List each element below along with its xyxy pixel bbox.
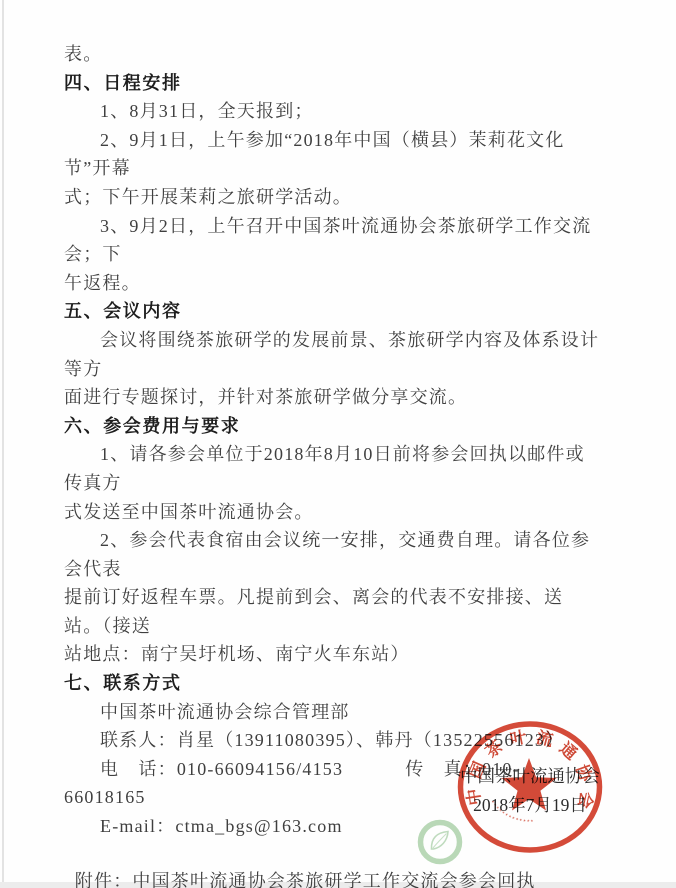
meeting-content-paragraph: 会议将围绕茶旅研学的发展前景、茶旅研学内容及体系设计等方 面进行专题探讨，并针对… [64, 326, 600, 412]
schedule-item-2: 2、9月1日，上午参加“2018年中国（横县）茉莉花文化节”开幕 式；下午开展茉… [64, 126, 600, 212]
attachment-line: 附件：中国茶叶流通协会茶旅研学工作交流会参会回执 [64, 867, 600, 888]
signature-org: 中国茶叶流通协会 [450, 762, 610, 791]
section-heading-fees: 六、参会费用与要求 [64, 412, 600, 441]
email-label: E-mail： [100, 816, 175, 836]
section-heading-content: 五、会议内容 [64, 297, 600, 326]
continuation-line: 表。 [64, 40, 600, 69]
contact-department-line: 中国茶叶流通协会综合管理部 [64, 698, 600, 727]
section-heading-contact: 七、联系方式 [64, 669, 600, 698]
schedule-item-1: 1、8月31日，全天报到； [64, 97, 600, 126]
section-heading-schedule: 四、日程安排 [64, 69, 600, 98]
scanned-notice-page: 表。 四、日程安排 1、8月31日，全天报到； 2、9月1日，上午参加“2018… [0, 0, 676, 888]
schedule-item-3: 3、9月2日，上午召开中国茶叶流通协会茶旅研学工作交流会；下 午返程。 [64, 212, 600, 298]
phone-number: 010-66094156/4153 [177, 759, 343, 779]
phone-label: 电 话： [100, 759, 177, 779]
contact-persons-line: 联系人：肖星（13911080395）、韩丹（13522556123） [64, 726, 600, 755]
leaf-logo-icon [417, 819, 463, 865]
signature-date: 2018年7月19日 [450, 791, 610, 820]
page-edge-left [2, 0, 4, 882]
email-address: ctma_bgs@163.com [175, 816, 342, 836]
fees-item-2: 2、参会代表食宿由会议统一安排，交通费自理。请各位参会代表 提前订好返程车票。凡… [64, 526, 600, 669]
signature-block: 中国茶叶流通协会 2018年7月19日 [450, 762, 610, 819]
fees-item-1: 1、请各参会单位于2018年8月10日前将参会回执以邮件或传真方 式发送至中国茶… [64, 440, 600, 526]
document-body: 表。 四、日程安排 1、8月31日，全天报到； 2、9月1日，上午参加“2018… [64, 40, 600, 888]
